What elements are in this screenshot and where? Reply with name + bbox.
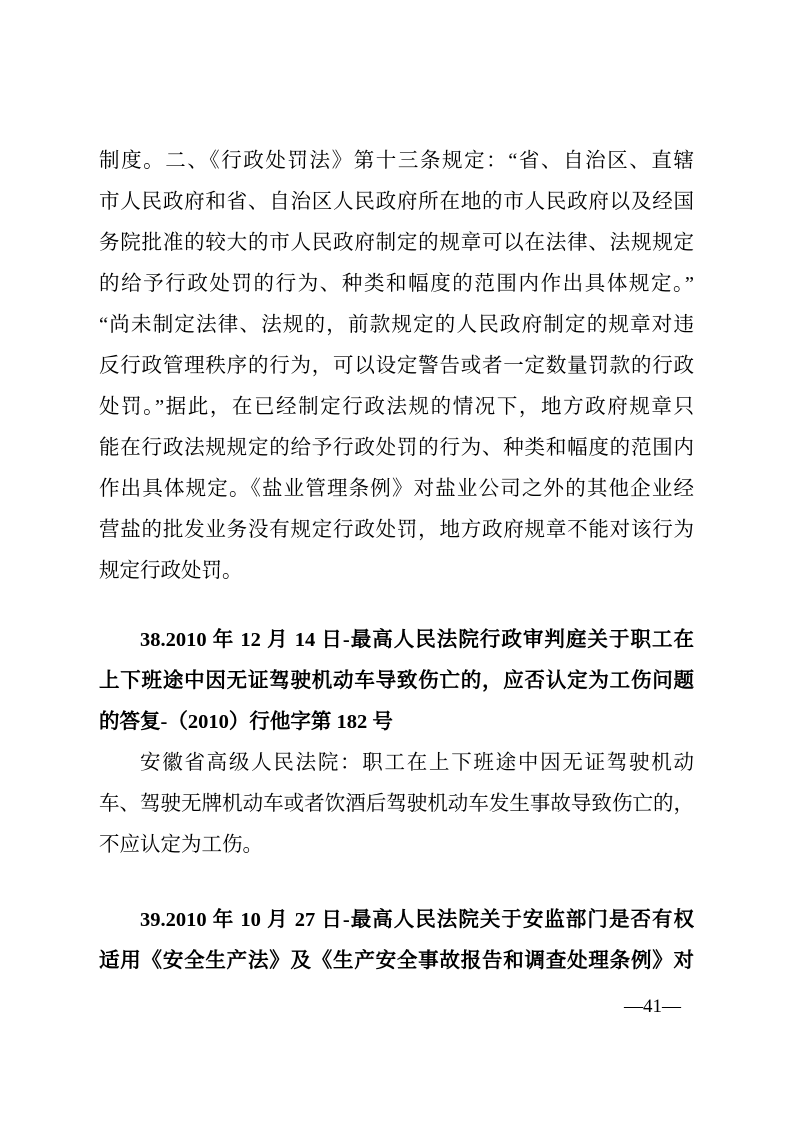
document-page: 制度。二、《行政处罚法》第十三条规定：“省、自治区、直辖 市人民政府和省、自治区… bbox=[0, 0, 793, 1122]
text-line: 制度。二、《行政处罚法》第十三条规定：“省、自治区、直辖 bbox=[99, 141, 694, 182]
text-line: 车、驾驶无牌机动车或者饮酒后驾驶机动车发生事故导致伤亡的， bbox=[99, 784, 694, 825]
text-line: 不应认定为工伤。 bbox=[99, 825, 694, 866]
text-line: 的给予行政处罚的行为、种类和幅度的范围内作出具体规定。” bbox=[99, 264, 694, 305]
text-line: 作出具体规定。《盐业管理条例》对盐业公司之外的其他企业经 bbox=[99, 469, 694, 510]
text-line: 能在行政法规规定的给予行政处罚的行为、种类和幅度的范围内 bbox=[99, 428, 694, 469]
entry-39-heading: 39.2010 年 10 月 27 日-最高人民法院关于安监部门是否有权 适用《… bbox=[99, 900, 694, 982]
text-line: 处罚。”据此，在已经制定行政法规的情况下，地方政府规章只 bbox=[99, 387, 694, 428]
text-line: 市人民政府和省、自治区人民政府所在地的市人民政府以及经国 bbox=[99, 182, 694, 223]
text-line: 反行政管理秩序的行为，可以设定警告或者一定数量罚款的行政 bbox=[99, 346, 694, 387]
text-line: 务院批准的较大的市人民政府制定的规章可以在法律、法规规定 bbox=[99, 223, 694, 264]
heading-line: 38.2010 年 12 月 14 日-最高人民法院行政审判庭关于职工在 bbox=[99, 620, 694, 661]
text-line: “尚未制定法律、法规的，前款规定的人民政府制定的规章对违 bbox=[99, 305, 694, 346]
heading-line: 适用《安全生产法》及《生产安全事故报告和调查处理条例》对 bbox=[99, 941, 694, 982]
heading-line: 的答复-（2010）行他字第 182 号 bbox=[99, 702, 694, 743]
paragraph-continuation: 制度。二、《行政处罚法》第十三条规定：“省、自治区、直辖 市人民政府和省、自治区… bbox=[99, 141, 694, 592]
text-line: 安徽省高级人民法院：职工在上下班途中因无证驾驶机动 bbox=[99, 743, 694, 784]
text-line: 规定行政处罚。 bbox=[99, 551, 694, 592]
heading-line: 39.2010 年 10 月 27 日-最高人民法院关于安监部门是否有权 bbox=[99, 900, 694, 941]
entry-38-heading: 38.2010 年 12 月 14 日-最高人民法院行政审判庭关于职工在 上下班… bbox=[99, 620, 694, 743]
page-number: —41— bbox=[624, 994, 681, 1020]
text-line: 营盐的批发业务没有规定行政处罚，地方政府规章不能对该行为 bbox=[99, 510, 694, 551]
entry-38-body: 安徽省高级人民法院：职工在上下班途中因无证驾驶机动 车、驾驶无牌机动车或者饮酒后… bbox=[99, 743, 694, 866]
body-text: 制度。二、《行政处罚法》第十三条规定：“省、自治区、直辖 市人民政府和省、自治区… bbox=[99, 141, 694, 982]
heading-line: 上下班途中因无证驾驶机动车导致伤亡的，应否认定为工伤问题 bbox=[99, 661, 694, 702]
